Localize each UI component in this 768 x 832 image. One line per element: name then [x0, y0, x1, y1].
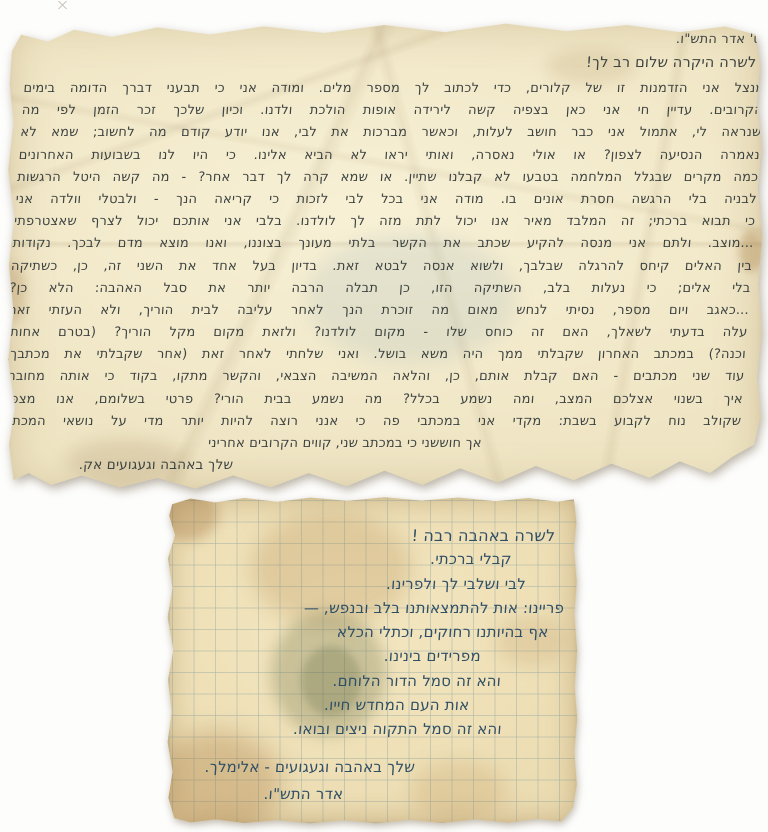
letter-top-text: ט' אדר התש"ו. לשרה היקרה שלום רב לך! מנצ…	[6, 32, 763, 473]
handwritten-line: קבלי ברכתי.	[181, 550, 513, 574]
handwritten-line: והא זה סמל הדור הלוחם.	[172, 672, 502, 696]
handwritten-line: ...כאגב ויום מספר, נסיתי לנחש מאום מה זו…	[7, 303, 750, 325]
handwritten-line: פריינו: אות להתמצאותנו בלב ובנפש, —	[177, 599, 565, 623]
letter-bottom-text: לשרה באהבה רבה ! קבלי ברכתי. לבי ושלבי ל…	[166, 526, 570, 809]
handwritten-line: וכנה?) במכתב האחרון שקבלתי ממך היה משא ב…	[6, 347, 746, 369]
handwritten-line: לבניה בלי הרגשה חסרת אונים בו. מודה אני …	[15, 192, 758, 214]
handwritten-line: אות העם המחדש חייו.	[170, 696, 470, 720]
handwritten-line: כי תבוא ברכתי; זה המלבד מאיר אנו יכול לת…	[13, 214, 756, 236]
handwritten-line: מנצל אני הזדמנות זו של קלורים, כדי לכתוב…	[22, 81, 763, 103]
handwritten-line: לבי ושלבי לך ולפרינו.	[179, 575, 527, 599]
handwritten-line: בלי אלים; כי נעלות בלב, השתיקה הזו, כן ת…	[8, 281, 751, 303]
handwritten-line: כמה מקרים שבגלל המלחמה בטבעו לא קבלנו שת…	[16, 170, 759, 192]
handwritten-line: אך חוששני כי במכתב שני, קווים הקרובים אח…	[6, 436, 482, 457]
handwritten-line: עוד שני מכתבים - האם קבלת אותם, כן, והלא…	[6, 369, 745, 391]
letter-date: אדר התש"ו.	[166, 785, 344, 809]
handwritten-line: מפרידים בינינו.	[174, 647, 482, 671]
handwritten-line: לשרה באהבה רבה !	[182, 526, 556, 550]
handwritten-line: ...מוצב. ולתם אני מנסה להקיע שכתב את הקש…	[12, 236, 755, 258]
handwritten-line: עלה בדעתי לשאלך, האם זה כוחס שלו - מקום …	[6, 325, 748, 347]
handwritten-line: בין האלים קיחס להרגלה שבלבך, ולשוא אנסה …	[10, 259, 753, 281]
handwritten-line: הקרובים. עדיין חי אני כאן בצפיה קשה לירי…	[21, 103, 763, 125]
pencil-mark	[58, 1, 67, 9]
letter-bottom: לשרה באהבה רבה ! קבלי ברכתי. לבי ושלבי ל…	[166, 496, 578, 824]
handwritten-line: נאמרה הנסיעה לצפון? או אולי נאסרה, ואותי…	[18, 148, 761, 170]
handwritten-line: אף בהיותנו רחוקים, וכתלי הכלא	[175, 623, 549, 647]
handwritten-line: שקולב נוח לקבוע בשבת: מקדי אני במכתבי פה…	[6, 414, 742, 436]
letter-date: ט' אדר התש"ו.	[26, 32, 763, 55]
handwritten-line: שנראה לי, אתמול אני כבר חושב לעלות, וכאש…	[19, 125, 762, 147]
letter-signature: שלך באהבה וגעגועים אק.	[6, 457, 234, 473]
letter-greeting: לשרה היקרה שלום רב לך!	[24, 55, 763, 81]
letter-bottom-paper: לשרה באהבה רבה ! קבלי ברכתי. לבי ושלבי ל…	[166, 496, 578, 824]
handwritten-line: איך בשנוי אצלכם המצב, ומה נשמע בכלל? מה …	[6, 392, 743, 414]
letter-top-paper: ט' אדר התש"ו. לשרה היקרה שלום רב לך! מנצ…	[6, 18, 763, 492]
letter-signature: שלך באהבה וגעגועים - אלימלך.	[166, 758, 416, 782]
letter-top: ט' אדר התש"ו. לשרה היקרה שלום רב לך! מנצ…	[6, 18, 763, 492]
handwritten-line: והא זה סמל התקוה ניצים ובואו.	[169, 720, 503, 744]
